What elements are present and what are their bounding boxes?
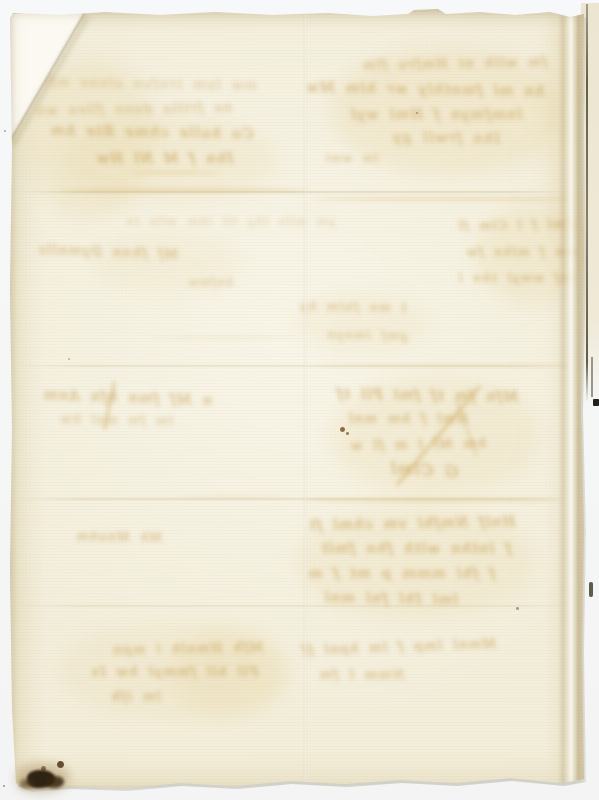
scan-background: mw lum trefun alnne mfthmne frtlla donn …	[0, 0, 599, 800]
foxing-speck	[516, 607, 519, 610]
foxing-speck	[3, 785, 5, 787]
stains-layer	[0, 0, 599, 800]
foxing-speck	[68, 358, 70, 360]
foxing-speck	[340, 427, 345, 432]
foxing-speck	[346, 432, 349, 435]
foxing-speck	[416, 112, 418, 114]
foxing-speck	[4, 130, 6, 132]
